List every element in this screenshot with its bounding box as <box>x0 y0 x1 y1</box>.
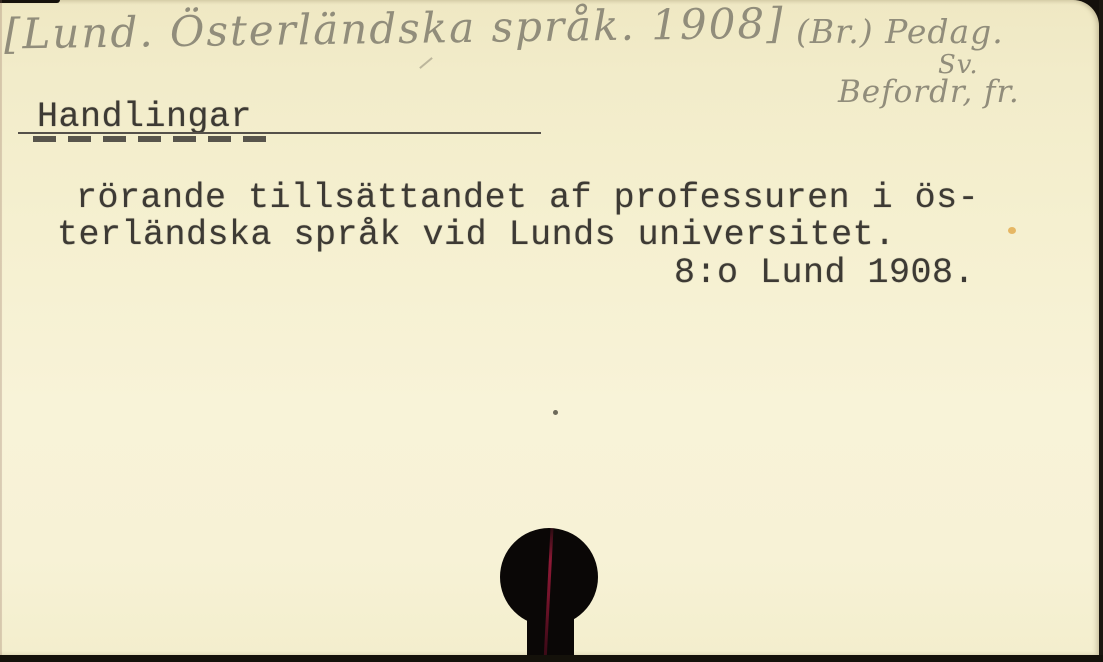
dark-speck <box>553 410 558 415</box>
typed-imprint-line: 8:o Lund 1908. <box>674 256 975 291</box>
orange-stain-speck <box>1008 227 1016 234</box>
scan-edge-right <box>1099 0 1103 662</box>
scan-edge-bottom <box>0 655 1103 662</box>
handwritten-category-line3: Befordr, fr. <box>838 74 1020 110</box>
handwritten-classification: [Lund. Österländska språk. 1908] <box>4 0 785 58</box>
scan-edge-left <box>0 0 2 655</box>
scanned-catalog-card: [Lund. Österländska språk. 1908] (Br.) P… <box>0 0 1103 662</box>
punch-hole-stem <box>527 602 574 662</box>
heading-underline <box>18 132 541 134</box>
index-card: [Lund. Österländska språk. 1908] (Br.) P… <box>0 0 1099 655</box>
typed-body-line2: terländska språk vid Lunds universitet. <box>57 218 896 253</box>
stray-pencil-mark <box>419 57 433 69</box>
typed-body-line1: rörande tillsättandet af professuren i ö… <box>76 181 979 216</box>
scan-edge-top-left <box>0 0 60 3</box>
card-heading: Handlingar <box>37 100 252 135</box>
heading-dashed-underline <box>33 136 270 142</box>
handwritten-category-line1: (Br.) Pedag. <box>796 12 1004 51</box>
